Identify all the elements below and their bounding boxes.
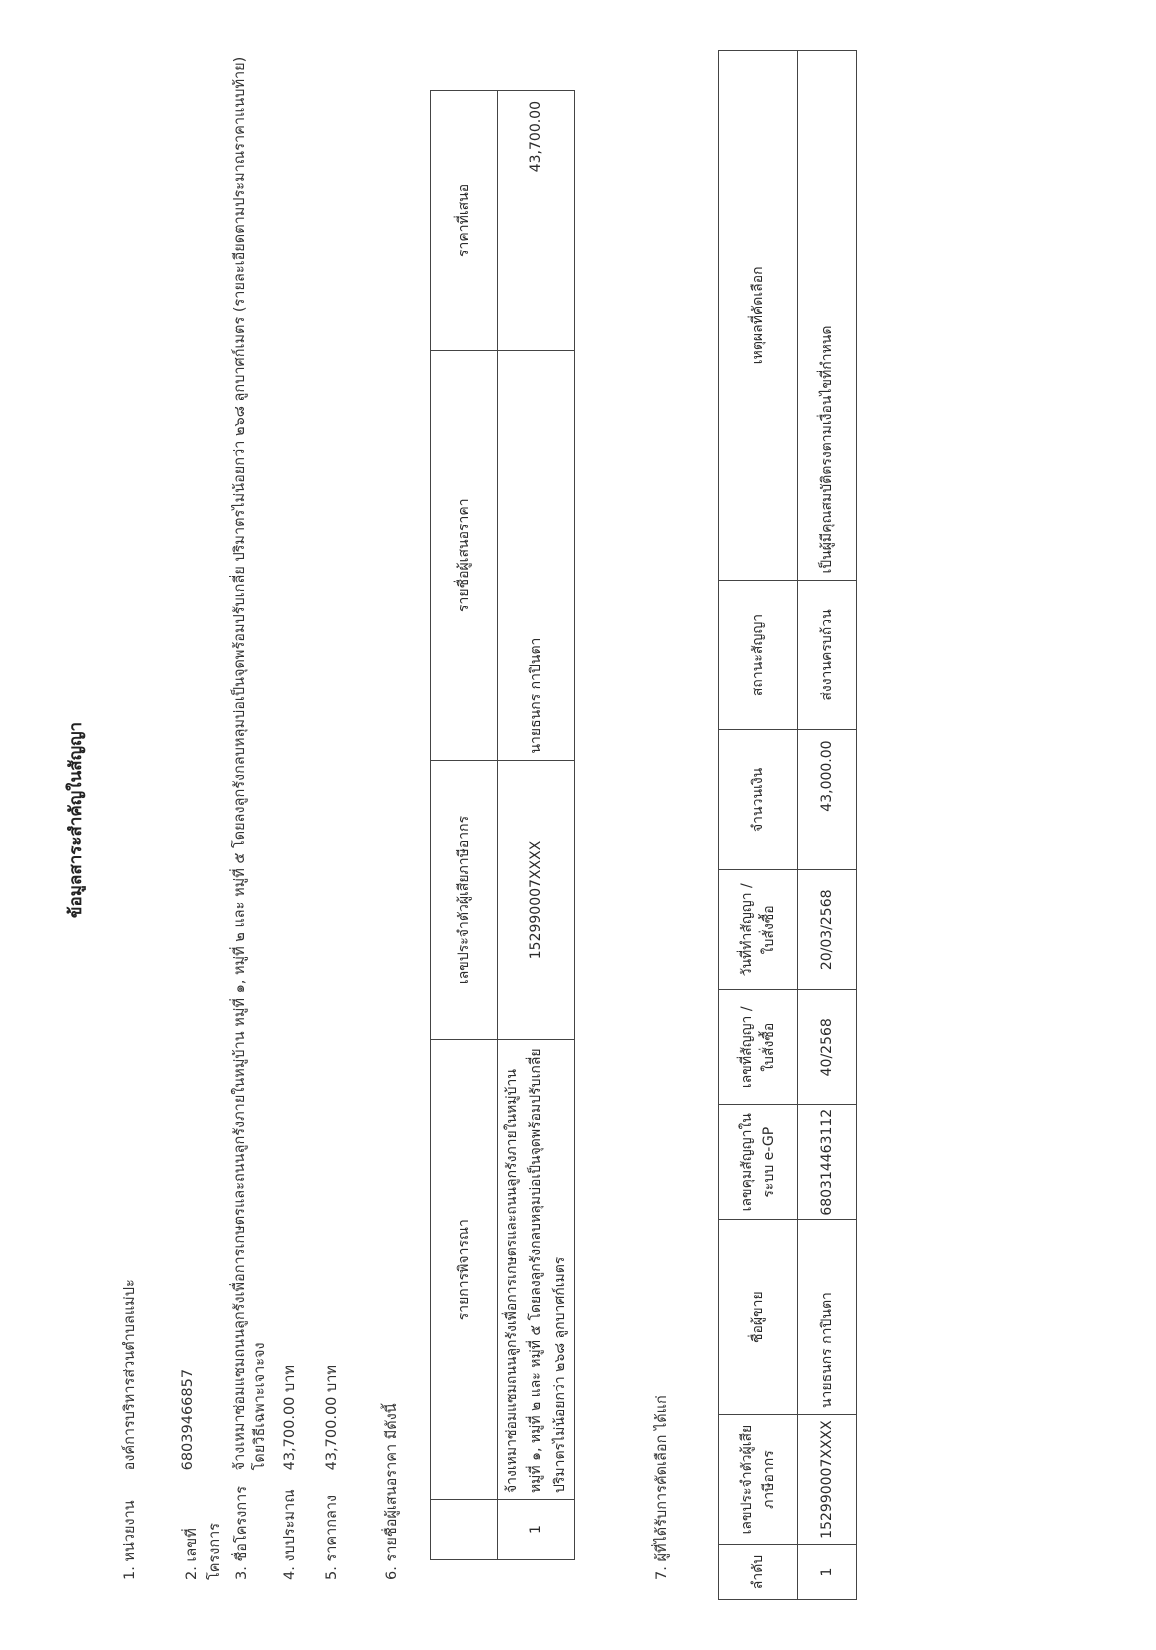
section-selected-heading: 7. ผู้ที่ได้รับการคัดเลือก ได้แก่ [650, 1395, 673, 1580]
cell-bidder: นายธนกร กาปินตา [498, 350, 575, 760]
table-header-row: รายการพิจารณา เลขประจำตัวผู้เสียภาษีอากร… [431, 91, 498, 1560]
cell-egp-control-no: 680314463112 [798, 1105, 857, 1220]
field-label: 2. เลขที่โครงการ [180, 1475, 226, 1580]
cell-contract-date: 20/03/2568 [798, 870, 857, 990]
column-header [431, 1500, 498, 1560]
field-value: องค์การบริหารส่วนตำบลแม่ปะ [118, 1279, 141, 1470]
table-header-row: ลำดับ เลขประจำตัวผู้เสียภาษีอากร ชื่อผู้… [719, 51, 798, 1600]
column-header: ราคาที่เสนอ [431, 91, 498, 351]
column-header: เหตุผลที่คัดเลือก [719, 51, 798, 581]
field-label: 4. งบประมาณ [278, 1475, 301, 1580]
field-label: 3. ชื่อโครงการ [230, 1475, 253, 1580]
table-row: 1 จ้างเหมาซ่อมแซมถนนลูกรังเพื่อการเกษตรแ… [498, 91, 575, 1560]
cell-number: 1 [798, 1545, 857, 1600]
table-row: 1 152990007XXXX นายธนกร กาปินตา 68031446… [798, 51, 857, 1600]
cell-amount: 43,000.00 [798, 730, 857, 870]
document-page: ข้อมูลสาระสำคัญในสัญญา 1. หน่วยงาน องค์ก… [0, 0, 1156, 1650]
field-budget: 4. งบประมาณ 43,700.00 บาท [278, 1365, 301, 1580]
column-header: ชื่อผู้ขาย [719, 1220, 798, 1415]
cell-seller: นายธนกร กาปินตา [798, 1220, 857, 1415]
section-bidders-heading: 6. รายชื่อผู้เสนอราคา มีดังนี้ [380, 1403, 403, 1580]
selected-vendor-table: ลำดับ เลขประจำตัวผู้เสียภาษีอากร ชื่อผู้… [718, 50, 857, 1600]
column-header: จำนวนเงิน [719, 730, 798, 870]
field-agency: 1. หน่วยงาน องค์การบริหารส่วนตำบลแม่ปะ [118, 1279, 141, 1580]
column-header: เลขประจำตัวผู้เสียภาษีอากร [431, 760, 498, 1040]
column-header: เลขคุมสัญญาในระบบ e-GP [719, 1105, 798, 1220]
document-title: ข้อมูลสาระสำคัญในสัญญา [62, 690, 89, 950]
field-median-price: 5. ราคากลาง 43,700.00 บาท [320, 1365, 343, 1580]
cell-item: จ้างเหมาซ่อมแซมถนนลูกรังเพื่อการเกษตรและ… [498, 1040, 575, 1500]
cell-tax-id: 152990007XXXX [498, 760, 575, 1040]
cell-number: 1 [498, 1500, 575, 1560]
cell-status: ส่งงานครบถ้วน [798, 580, 857, 730]
cell-reason: เป็นผู้มีคุณสมบัติตรงตามเงื่อนไขที่กำหนด [798, 51, 857, 581]
column-header: รายชื่อผู้เสนอราคา [431, 350, 498, 760]
cell-price: 43,700.00 [498, 91, 575, 351]
field-project-name: 3. ชื่อโครงการ จ้างเหมาซ่อมแซมถนนลูกรังเ… [230, 20, 270, 1580]
cell-tax-id: 152990007XXXX [798, 1415, 857, 1545]
column-header: วันที่ทำสัญญา / ใบสั่งซื้อ [719, 870, 798, 990]
column-header: เลขที่สัญญา / ใบสั่งซื้อ [719, 990, 798, 1105]
field-label: 5. ราคากลาง [320, 1475, 343, 1580]
column-header: เลขประจำตัวผู้เสียภาษีอากร [719, 1415, 798, 1545]
column-header: สถานะสัญญา [719, 580, 798, 730]
column-header: รายการพิจารณา [431, 1040, 498, 1500]
field-project-number: 2. เลขที่โครงการ 68039466857 [180, 1369, 226, 1580]
bidders-table: รายการพิจารณา เลขประจำตัวผู้เสียภาษีอากร… [430, 90, 575, 1560]
column-header: ลำดับ [719, 1545, 798, 1600]
cell-contract-no: 40/2568 [798, 990, 857, 1105]
field-value: 68039466857 [180, 1369, 196, 1470]
field-value: 43,700.00 บาท [320, 1365, 343, 1470]
field-value: จ้างเหมาซ่อมแซมถนนลูกรังเพื่อการเกษตรและ… [230, 30, 270, 1470]
field-label: 1. หน่วยงาน [118, 1475, 141, 1580]
field-value: 43,700.00 บาท [278, 1365, 301, 1470]
